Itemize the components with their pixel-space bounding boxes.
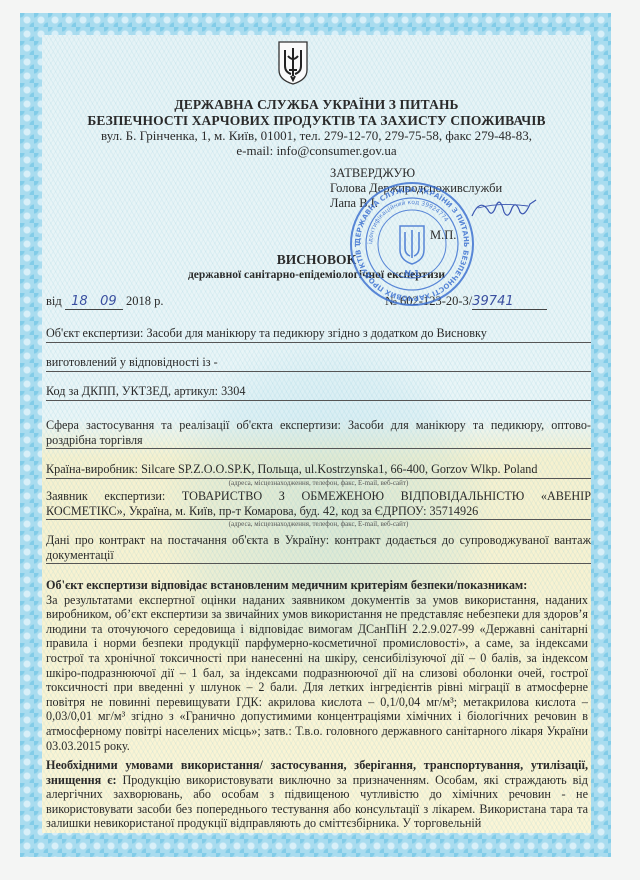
conditions-text: Продукцію використовувати виключно за пр… <box>46 773 588 831</box>
date-handwritten: 18 09 <box>65 294 123 310</box>
agency-name-line2: БЕЗПЕЧНОСТІ ХАРЧОВИХ ПРОДУКТІВ ТА ЗАХИСТ… <box>42 113 591 129</box>
criteria-heading: Об'єкт експертизи відповідає встановлени… <box>46 578 588 593</box>
agency-name-line1: ДЕРЖАВНА СЛУЖБА УКРАЇНИ З ПИТАНЬ <box>42 97 591 113</box>
field-country: Країна-виробник: Silcare SP.Z.O.O.SP.K, … <box>46 462 591 479</box>
coat-of-arms-icon <box>277 40 309 86</box>
field-applicant-caption: (адреса, місцезнаходження, телефон, факс… <box>46 520 591 528</box>
official-stamp-icon: ДЕРЖАВНА СЛУЖБА УКРАЇНИ З ПИТАНЬ БЕЗПЕЧН… <box>348 180 476 308</box>
field-manufactured: виготовлений у відповідності із - <box>46 355 591 372</box>
conclusion-subtitle: державної санітарно-епідеміологічної екс… <box>42 269 591 281</box>
field-scope: Сфера застосування та реалізації об'єкта… <box>46 418 591 449</box>
conclusion-date: від 18 09 2018 р. <box>46 294 164 310</box>
svg-text:№1: №1 <box>404 269 420 278</box>
criteria-section: Об'єкт експертизи відповідає встановлени… <box>46 578 588 753</box>
field-country-caption: (адреса, місцезнаходження, телефон, факс… <box>46 479 591 487</box>
conclusion-title: ВИСНОВОК <box>42 252 591 268</box>
criteria-text: За результатами експертної оцінки надани… <box>46 593 588 754</box>
field-contract: Дані про контракт на постачання об'єкта … <box>46 533 591 564</box>
number-handwritten: 39741 <box>472 294 547 310</box>
approval-label: ЗАТВЕРДЖУЮ <box>330 166 502 181</box>
agency-address: вул. Б. Грінченка, 1, м. Київ, 01001, те… <box>42 128 591 144</box>
field-object: Об'єкт експертизи: Засоби для манікюру т… <box>46 326 591 343</box>
signature <box>470 194 540 224</box>
agency-email: e-mail: info@consumer.gov.ua <box>42 143 591 159</box>
field-applicant: Заявник експертизи: ТОВАРИСТВО З ОБМЕЖЕН… <box>46 489 591 520</box>
field-code: Код за ДКПП, УКТЗЕД, артикул: 3304 <box>46 384 591 401</box>
conditions-section: Необхідними умовами використання/ застос… <box>46 758 588 831</box>
